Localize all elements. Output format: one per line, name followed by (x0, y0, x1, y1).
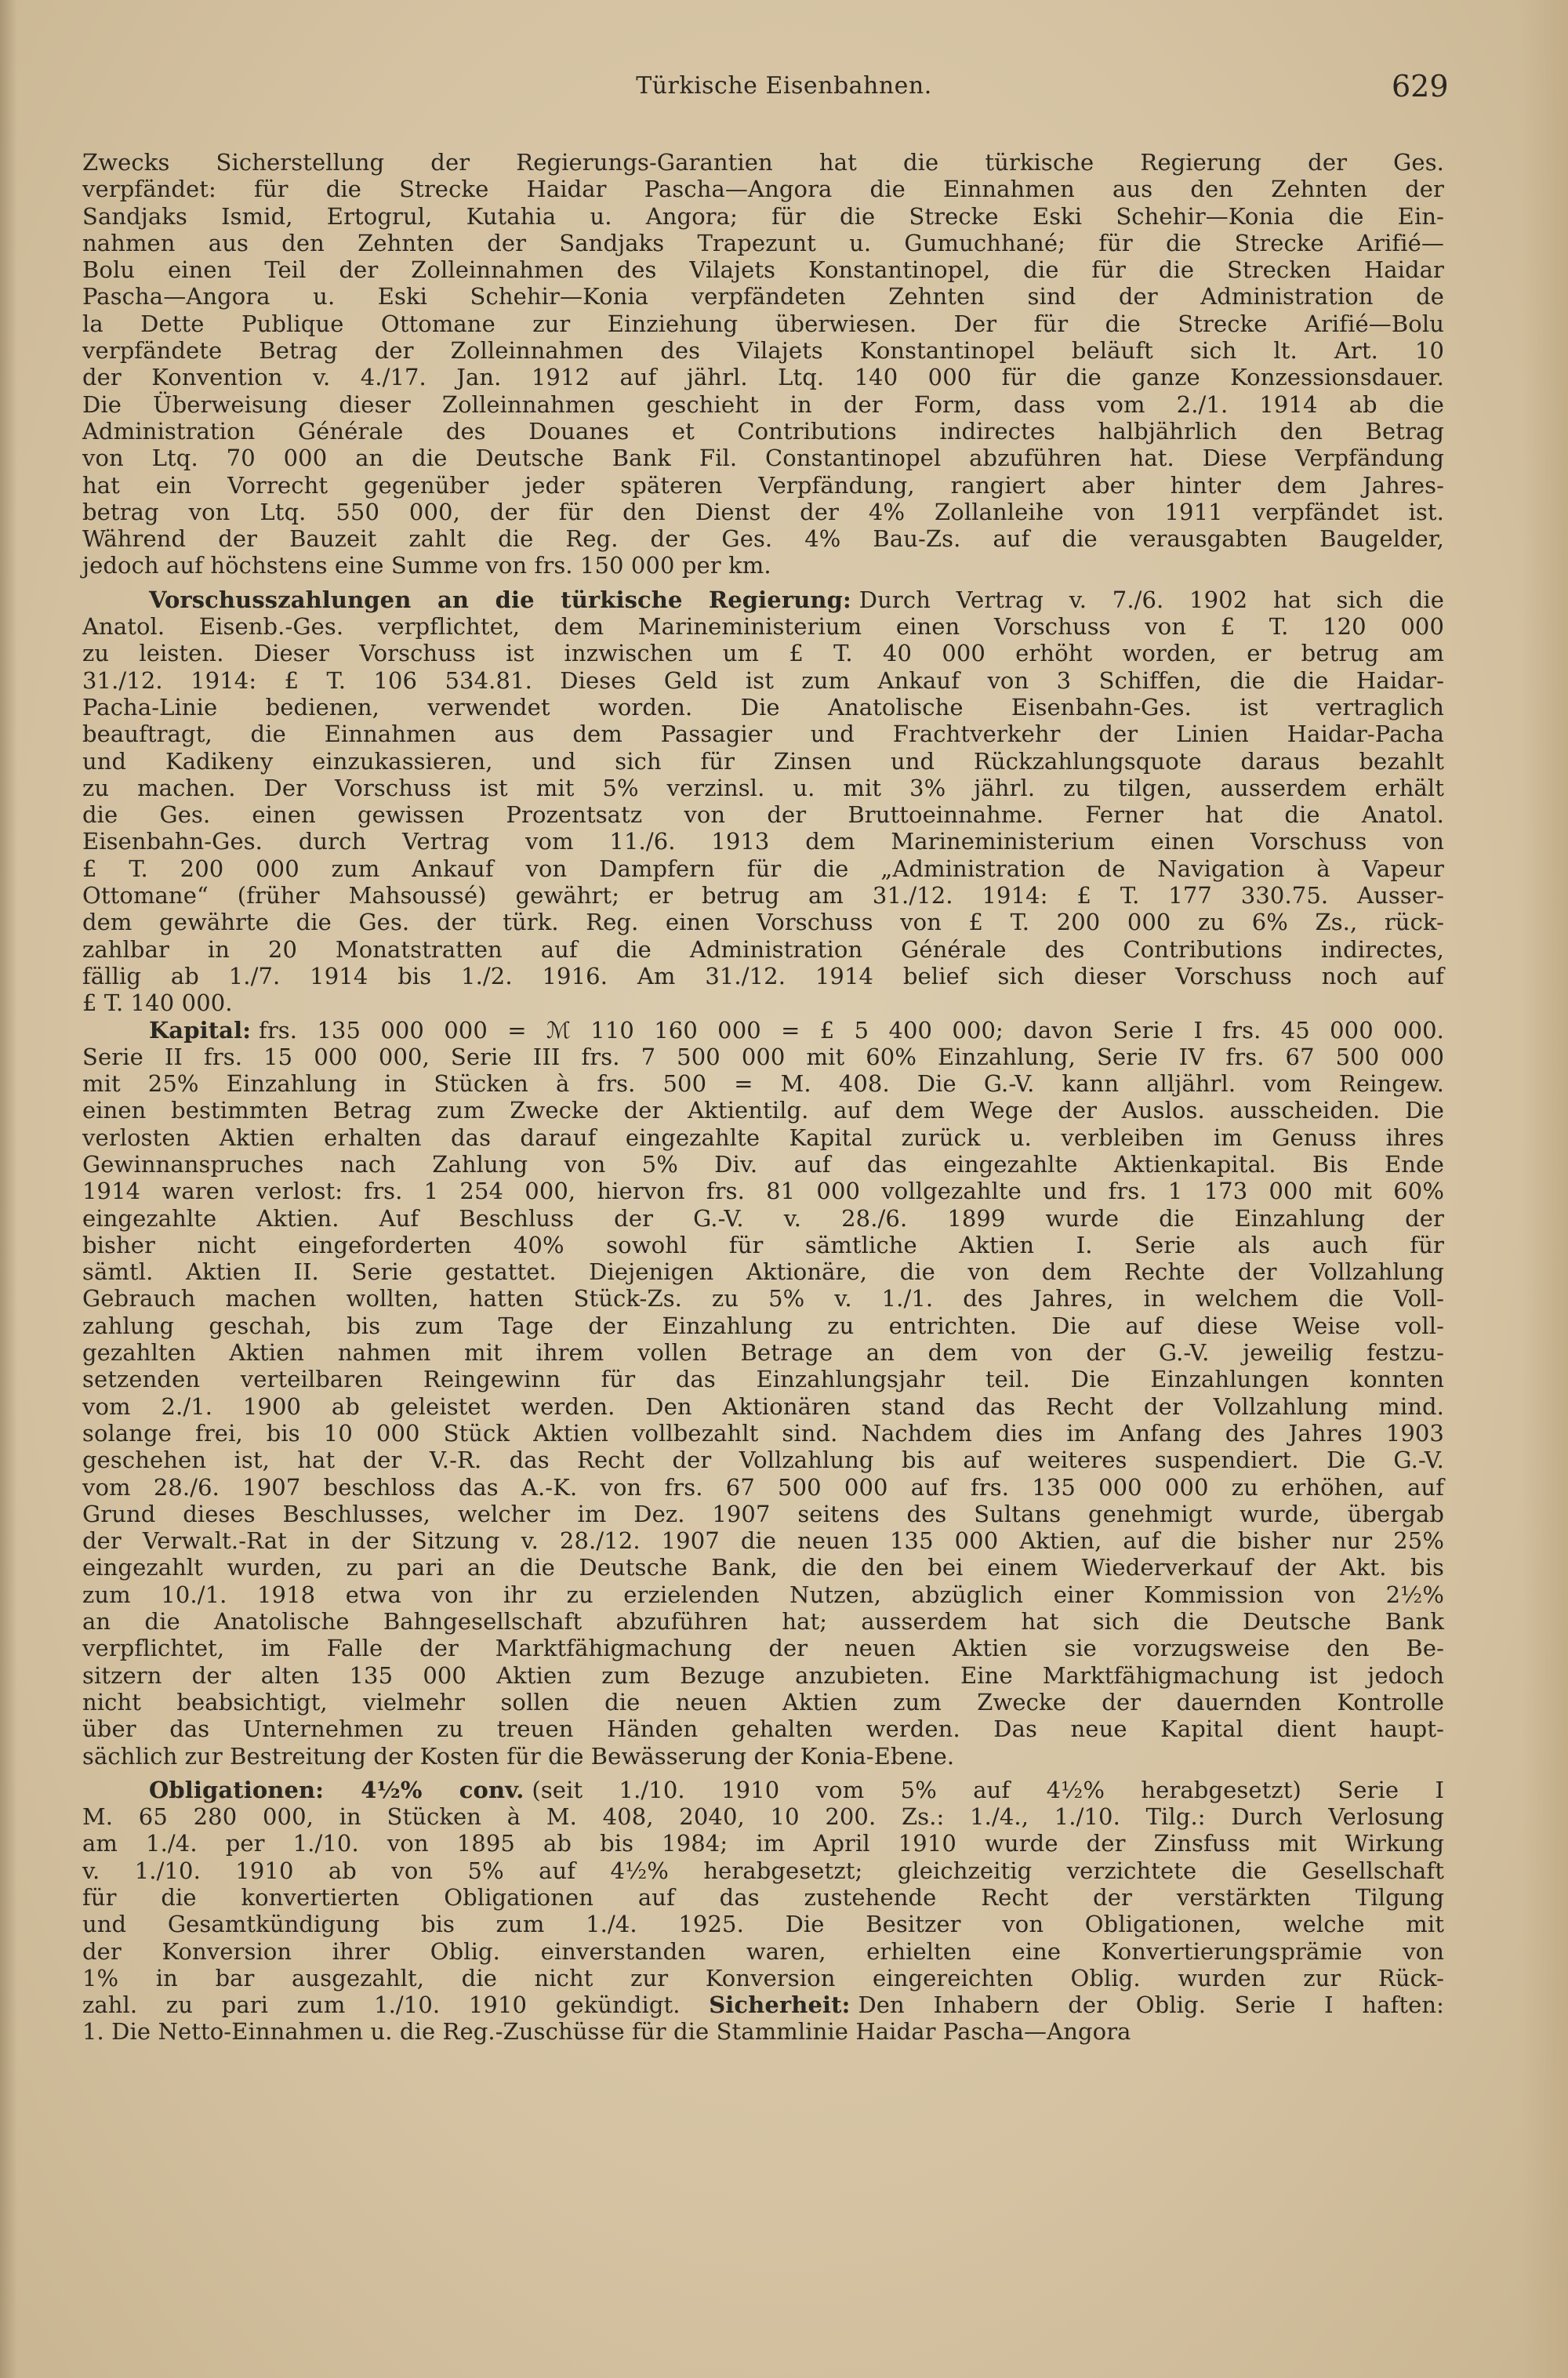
text-line: dem gewährte die Ges. der türk. Reg. ein… (82, 909, 1444, 935)
text-line: verpfändete Betrag der Zolleinnahmen des… (82, 337, 1444, 364)
text-line: sämtl. Aktien II. Serie gestattet. Dieje… (82, 1258, 1444, 1285)
text-line: Die Überweisung dieser Zolleinnahmen ges… (82, 391, 1444, 418)
text-line: zahlung geschah, bis zum Tage der Einzah… (82, 1312, 1444, 1339)
text-run: Durch Vertrag v. 7./6. 1902 hat sich die (859, 586, 1444, 613)
text-run: frs. 135 000 000 = ℳ 110 160 000 = £ 5 4… (259, 1017, 1444, 1044)
text-line: Serie II frs. 15 000 000, Serie III frs.… (82, 1044, 1444, 1070)
paragraph-obligationen: Obligationen: 4½% conv.(seit 1./10. 1910… (82, 1777, 1444, 2046)
text-line: sächlich zur Bestreitung der Kosten für … (82, 1743, 1444, 1770)
text-line: Bolu einen Teil der Zolleinnahmen des Vi… (82, 256, 1444, 283)
text-line: £ T. 200 000 zum Ankauf von Dampfern für… (82, 855, 1444, 882)
text-line: zahlbar in 20 Monatstratten auf die Admi… (82, 936, 1444, 963)
paragraph-garantien: Zwecks Sicherstellung der Regierungs-Gar… (82, 149, 1444, 579)
text-line: verlosten Aktien erhalten das darauf ein… (82, 1124, 1444, 1151)
text-line: verpflichtet, im Falle der Marktfähigmac… (82, 1635, 1444, 1661)
text-line: 1. Die Netto-Einnahmen u. die Reg.-Zusch… (82, 2018, 1444, 2045)
running-title: Türkische Eisenbahnen. (0, 72, 1568, 100)
section-heading-vorschusszahlungen: Vorschusszahlungen an die türkische Regi… (149, 586, 851, 613)
text-line: vom 2./1. 1900 ab geleistet werden. Den … (82, 1393, 1444, 1420)
text-line: betrag von Ltq. 550 000, der für den Die… (82, 499, 1444, 525)
text-line: einen bestimmten Betrag zum Zwecke der A… (82, 1097, 1444, 1124)
text-line: Pascha—Angora u. Eski Schehir—Konia verp… (82, 283, 1444, 310)
page-edge-shadow-left (0, 0, 17, 2378)
section-heading-obligationen: Obligationen: 4½% conv. (149, 1777, 524, 1803)
text-line: Grund dieses Beschlusses, welcher im Dez… (82, 1501, 1444, 1527)
text-line: und Gesamtkündigung bis zum 1./4. 1925. … (82, 1911, 1444, 1937)
text-line: Administration Générale des Douanes et C… (82, 418, 1444, 445)
text-line: nahmen aus den Zehnten der Sandjaks Trap… (82, 230, 1444, 256)
text-line: setzenden verteilbaren Reingewinn für da… (82, 1366, 1444, 1392)
text-line: zu machen. Der Vorschuss ist mit 5% verz… (82, 775, 1444, 801)
text-line: Pacha-Linie bedienen, verwendet worden. … (82, 694, 1444, 721)
text-line: zu leisten. Dieser Vorschuss ist inzwisc… (82, 640, 1444, 666)
text-line: solange frei, bis 10 000 Stück Aktien vo… (82, 1420, 1444, 1447)
text-line: verpfändet: für die Strecke Haidar Pasch… (82, 176, 1444, 202)
text-line: Gebrauch machen wollten, hatten Stück-Zs… (82, 1285, 1444, 1312)
text-line: Sandjaks Ismid, Ertogrul, Kutahia u. Ang… (82, 203, 1444, 230)
text-line-with-lead: Kapital:frs. 135 000 000 = ℳ 110 160 000… (82, 1017, 1444, 1044)
text-line: mit 25% Einzahlung in Stücken à frs. 500… (82, 1070, 1444, 1097)
text-line: £ T. 140 000. (82, 989, 1444, 1016)
text-line: zum 10./1. 1918 etwa von ihr zu erzielen… (82, 1581, 1444, 1608)
body-text: Zwecks Sicherstellung der Regierungs-Gar… (82, 149, 1444, 2046)
text-line: geschehen ist, hat der V.-R. das Recht d… (82, 1447, 1444, 1473)
text-line: an die Anatolische Bahngesellschaft abzu… (82, 1608, 1444, 1635)
text-line: der Konvention v. 4./17. Jan. 1912 auf j… (82, 364, 1444, 390)
text-line: nicht beabsichtigt, vielmehr sollen die … (82, 1689, 1444, 1715)
text-line: am 1./4. per 1./10. von 1895 ab bis 1984… (82, 1830, 1444, 1857)
text-line: jedoch auf höchstens eine Summe von frs.… (82, 552, 1444, 579)
page-number: 629 (1392, 69, 1449, 103)
text-line: eingezahlte Aktien. Auf Beschluss der G.… (82, 1205, 1444, 1232)
text-run: zahl. zu pari zum 1./10. 1910 gekündigt. (82, 1991, 681, 2018)
text-line: beauftragt, die Einnahmen aus dem Passag… (82, 721, 1444, 747)
page-edge-shadow-right (1521, 0, 1568, 2378)
text-line: 1% in bar ausgezahlt, die nicht zur Konv… (82, 1965, 1444, 1991)
text-run: (seit 1./10. 1910 vom 5% auf 4½% herabge… (532, 1777, 1444, 1803)
text-line-with-lead: Vorschusszahlungen an die türkische Regi… (82, 586, 1444, 613)
text-line: fällig ab 1./7. 1914 bis 1./2. 1916. Am … (82, 963, 1444, 989)
text-line: 1914 waren verlost: frs. 1 254 000, hier… (82, 1178, 1444, 1204)
paragraph-vorschusszahlungen: Vorschusszahlungen an die türkische Regi… (82, 586, 1444, 1017)
text-line: la Dette Publique Ottomane zur Einziehun… (82, 310, 1444, 337)
text-line: Anatol. Eisenb.-Ges. verpflichtet, dem M… (82, 613, 1444, 640)
text-line: eingezahlt wurden, zu pari an die Deutsc… (82, 1554, 1444, 1581)
text-line: Ottomane“ (früher Mahsoussé) gewährt; er… (82, 882, 1444, 909)
text-line: Eisenbahn-Ges. durch Vertrag vom 11./6. … (82, 828, 1444, 855)
text-line: sitzern der alten 135 000 Aktien zum Bez… (82, 1662, 1444, 1689)
text-line: v. 1./10. 1910 ab von 5% auf 4½% herabge… (82, 1857, 1444, 1884)
text-line: die Ges. einen gewissen Prozentsatz von … (82, 801, 1444, 828)
text-line: 31./12. 1914: £ T. 106 534.81. Dieses Ge… (82, 667, 1444, 694)
text-line: gezahlten Aktien nahmen mit ihrem vollen… (82, 1339, 1444, 1366)
text-line: bisher nicht eingeforderten 40% sowohl f… (82, 1232, 1444, 1258)
text-line: für die konvertierten Obligationen auf d… (82, 1884, 1444, 1911)
text-line: von Ltq. 70 000 an die Deutsche Bank Fil… (82, 445, 1444, 471)
text-run: Den Inhabern der Oblig. Serie I haften: (858, 1991, 1444, 2018)
text-line: hat ein Vorrecht gegenüber jeder spätere… (82, 472, 1444, 499)
text-line: und Kadikeny einzukassieren, und sich fü… (82, 748, 1444, 775)
text-line: über das Unternehmen zu treuen Händen ge… (82, 1715, 1444, 1742)
text-line: M. 65 280 000, in Stücken à M. 408, 2040… (82, 1803, 1444, 1830)
text-line: der Verwalt.-Rat in der Sitzung v. 28./1… (82, 1527, 1444, 1554)
section-heading-sicherheit: Sicherheit: (709, 1991, 850, 2018)
text-line: vom 28./6. 1907 beschloss das A.-K. von … (82, 1474, 1444, 1501)
text-line: Während der Bauzeit zahlt die Reg. der G… (82, 525, 1444, 552)
text-line: Gewinnanspruches nach Zahlung von 5% Div… (82, 1151, 1444, 1178)
text-line-with-lead: Obligationen: 4½% conv.(seit 1./10. 1910… (82, 1777, 1444, 1803)
section-heading-kapital: Kapital: (149, 1017, 251, 1044)
paragraph-kapital: Kapital:frs. 135 000 000 = ℳ 110 160 000… (82, 1017, 1444, 1770)
text-line: Zwecks Sicherstellung der Regierungs-Gar… (82, 149, 1444, 176)
text-line-with-inline-lead: zahl. zu pari zum 1./10. 1910 gekündigt.… (82, 1991, 1444, 2018)
text-line: der Konversion ihrer Oblig. einverstande… (82, 1938, 1444, 1965)
running-head: Türkische Eisenbahnen. 629 (0, 72, 1568, 111)
